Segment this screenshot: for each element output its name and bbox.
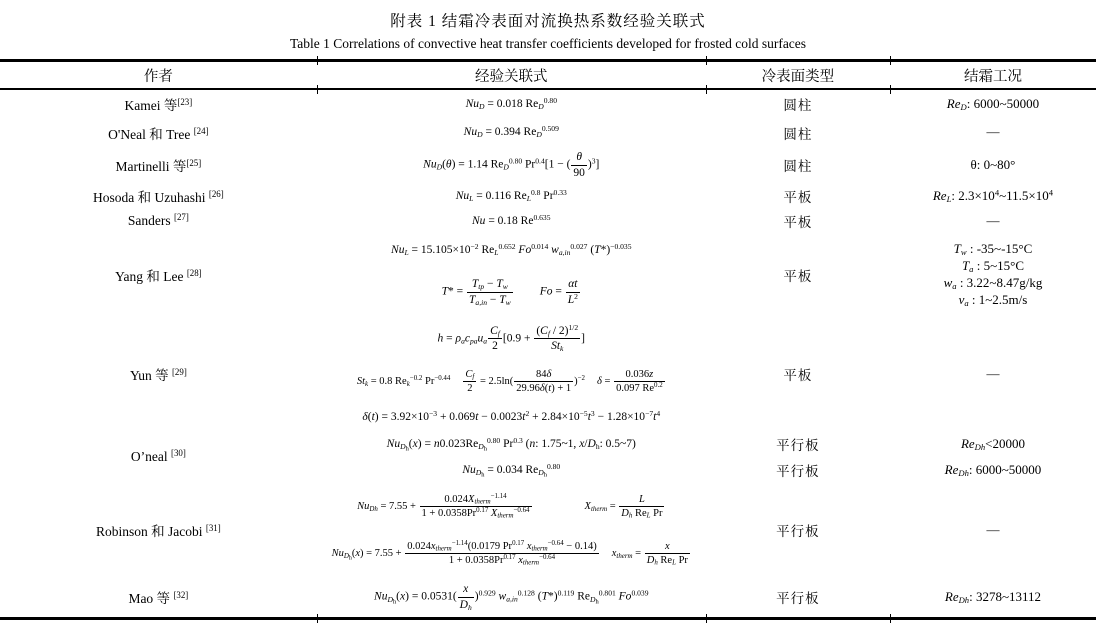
author-cell: Mao 等 [32] <box>0 577 317 617</box>
column-boundary-tick <box>890 614 891 623</box>
author-name: Sanders [27] <box>128 213 189 229</box>
table-title-cn: 附表 1 结霜冷表面对流换热系数经验关联式 <box>0 0 1096 31</box>
correlation-formula: Stk = 0.8 Rek−0.2 Pr−0.44Cf2 = 2.5ln(84δ… <box>357 368 666 395</box>
surface-type-cell: 平板 <box>706 233 890 317</box>
condition-group: — <box>986 213 999 230</box>
condition-value: ReL: 2.3×104~11.5×104 <box>933 188 1053 205</box>
correlation-formula: NuD = 0.018 ReD0.80 <box>466 97 557 111</box>
surface-type-cell: 圆柱 <box>706 118 890 147</box>
table-row: Hosoda 和 Uzuhashi [26]NuL = 0.116 ReL0.8… <box>0 183 1096 209</box>
surface-type-cell: 平行板平行板 <box>706 431 890 483</box>
condition-group: θ: 0~80° <box>971 157 1016 174</box>
table-row: Yun 等 [29]h = ρacpauaCf2[0.9 + (Cf / 2)1… <box>0 317 1096 431</box>
surface-type: 平板 <box>783 364 812 384</box>
author-name: O'Neal 和 Tree [24] <box>108 123 208 143</box>
column-boundary-tick <box>706 85 707 94</box>
condition-value: wa : 3.22~8.47g/kg <box>944 275 1043 292</box>
formula-cell: NuDh(x) = 0.0531(xDh)0.929 wa,in0.128 (T… <box>317 577 706 617</box>
column-boundary-tick <box>317 56 318 65</box>
correlation-formula: δ(t) = 3.92×10−3 + 0.069t − 0.0023t2 + 2… <box>362 410 660 424</box>
condition-value: ReDh: 3278~13112 <box>945 589 1041 606</box>
formula-cell: NuDh = 7.55 + 0.024Xtherm−1.141 + 0.0358… <box>317 483 706 577</box>
correlation-formula: T* = Ttp − TwTa,in − TwFo = αtL2 <box>442 277 581 307</box>
correlation-formula: NuL = 0.116 ReL0.8 Pr0.33 <box>456 189 567 203</box>
surface-type: 平行板 <box>776 434 820 454</box>
column-boundary-tick <box>706 56 707 65</box>
correlation-formula: NuDh(x) = n0.023ReDh0.80 Pr0.3 (n: 1.75~… <box>387 437 636 451</box>
condition-group: ReDh: 3278~13112 <box>945 589 1041 606</box>
surface-type: 平行板 <box>776 587 820 607</box>
document-page: 附表 1 结霜冷表面对流换热系数经验关联式 Table 1 Correlatio… <box>0 0 1096 626</box>
column-header-surface-type: 冷表面类型 <box>706 62 890 88</box>
formula-cell: NuD = 0.018 ReD0.80 <box>317 90 706 118</box>
frosting-condition-cell: ReL: 2.3×104~11.5×104 <box>890 183 1096 209</box>
correlation-formula: Nu = 0.18 Re0.635 <box>472 214 551 228</box>
correlation-formula: NuDh = 0.034 ReDh0.80 <box>462 463 560 477</box>
correlation-formula: h = ρacpauaCf2[0.9 + (Cf / 2)1/2Stk] <box>438 324 585 354</box>
formula-cell: NuDh(x) = n0.023ReDh0.80 Pr0.3 (n: 1.75~… <box>317 431 706 483</box>
author-cell: Hosoda 和 Uzuhashi [26] <box>0 183 317 209</box>
correlation-formula: NuL = 15.105×10−2 ReL0.652 Fo0.014 wa,in… <box>391 243 631 257</box>
header-bottom-rule <box>0 88 1096 90</box>
frosting-condition-cell: — <box>890 317 1096 431</box>
surface-type-cell: 平板 <box>706 209 890 233</box>
table-top-rule <box>0 59 1096 62</box>
condition-group: — <box>986 124 999 141</box>
formula-cell: h = ρacpauaCf2[0.9 + (Cf / 2)1/2Stk]Stk … <box>317 317 706 431</box>
surface-type-cell: 平板 <box>706 317 890 431</box>
author-name: Mao 等 [32] <box>128 587 188 607</box>
surface-type: 平板 <box>783 186 812 206</box>
author-name: Yang 和 Lee [28] <box>115 265 202 285</box>
frosting-condition-cell: ReD: 6000~50000 <box>890 90 1096 118</box>
surface-type: 圆柱 <box>783 94 812 114</box>
author-cell: O'Neal 和 Tree [24] <box>0 118 317 147</box>
condition-value: — <box>986 124 999 141</box>
author-name: O’neal [30] <box>131 449 186 465</box>
table-title-en: Table 1 Correlations of convective heat … <box>0 31 1096 59</box>
table-header-row: 作者 经验关联式 冷表面类型 结霜工况 <box>0 62 1096 88</box>
condition-group: ReD: 6000~50000 <box>947 96 1039 113</box>
author-cell: Yun 等 [29] <box>0 317 317 431</box>
frosting-condition-cell: — <box>890 209 1096 233</box>
table-row: O’neal [30]NuDh(x) = n0.023ReDh0.80 Pr0.… <box>0 431 1096 483</box>
surface-type-cell: 平行板 <box>706 577 890 617</box>
surface-type: 圆柱 <box>783 123 812 143</box>
author-cell: Kamei 等[23] <box>0 90 317 118</box>
frosting-condition-cell: ReDh: 3278~13112 <box>890 577 1096 617</box>
frosting-condition-cell: — <box>890 483 1096 577</box>
table-row: Kamei 等[23]NuD = 0.018 ReD0.80圆柱ReD: 600… <box>0 90 1096 118</box>
surface-type-cell: 平行板 <box>706 483 890 577</box>
frosting-condition-cell: θ: 0~80° <box>890 147 1096 183</box>
column-header-correlation: 经验关联式 <box>317 62 706 88</box>
condition-value: va : 1~2.5m/s <box>944 292 1043 309</box>
condition-value: ReD: 6000~50000 <box>947 96 1039 113</box>
author-cell: Martinelli 等[25] <box>0 147 317 183</box>
correlation-formula: NuD = 0.394 ReD0.509 <box>464 125 559 139</box>
condition-group: — <box>986 366 999 383</box>
table-row: Robinson 和 Jacobi [31]NuDh = 7.55 + 0.02… <box>0 483 1096 577</box>
condition-value: — <box>986 213 999 230</box>
surface-type-cell: 圆柱 <box>706 147 890 183</box>
frosting-condition-cell: ReDh<20000ReDh: 6000~50000 <box>890 431 1096 483</box>
surface-type-cell: 平板 <box>706 183 890 209</box>
author-name: Kamei 等[23] <box>125 94 193 114</box>
author-name: Yun 等 [29] <box>130 364 187 384</box>
surface-type: 平板 <box>783 265 812 285</box>
correlations-table: 作者 经验关联式 冷表面类型 结霜工况 Kamei 等[23]NuD = 0.0… <box>0 59 1096 620</box>
author-name: Robinson 和 Jacobi [31] <box>96 520 221 540</box>
formula-cell: NuL = 15.105×10−2 ReL0.652 Fo0.014 wa,in… <box>317 233 706 317</box>
column-header-author: 作者 <box>0 62 317 88</box>
formula-cell: NuD = 0.394 ReD0.509 <box>317 118 706 147</box>
correlation-formula: NuDh(x) = 0.0531(xDh)0.929 wa,in0.128 (T… <box>374 582 648 612</box>
condition-value: — <box>986 366 999 383</box>
table-body: Kamei 等[23]NuD = 0.018 ReD0.80圆柱ReD: 600… <box>0 90 1096 617</box>
surface-type: 圆柱 <box>783 155 812 175</box>
frosting-condition-cell: Tw : -35~-15°CTa : 5~15°Cwa : 3.22~8.47g… <box>890 233 1096 317</box>
formula-cell: Nu = 0.18 Re0.635 <box>317 209 706 233</box>
condition-value: Tw : -35~-15°C <box>944 241 1043 258</box>
surface-type: 平行板 <box>776 520 820 540</box>
author-cell: Sanders [27] <box>0 209 317 233</box>
condition-group: — <box>986 522 999 539</box>
column-boundary-tick <box>317 614 318 623</box>
condition-value: — <box>986 522 999 539</box>
surface-type: 平行板 <box>776 460 820 480</box>
author-cell: Yang 和 Lee [28] <box>0 233 317 317</box>
frosting-condition-cell: — <box>890 118 1096 147</box>
formula-cell: NuD(θ) = 1.14 ReD0.80 Pr0.4[1 − (θ90)3] <box>317 147 706 183</box>
surface-type-cell: 圆柱 <box>706 90 890 118</box>
formula-cell: NuL = 0.116 ReL0.8 Pr0.33 <box>317 183 706 209</box>
column-boundary-tick <box>706 614 707 623</box>
table-row: Mao 等 [32]NuDh(x) = 0.0531(xDh)0.929 wa,… <box>0 577 1096 617</box>
correlation-formula: NuD(θ) = 1.14 ReD0.80 Pr0.4[1 − (θ90)3] <box>423 150 599 180</box>
author-cell: Robinson 和 Jacobi [31] <box>0 483 317 577</box>
condition-value: θ: 0~80° <box>971 157 1016 174</box>
condition-value: ReDh<20000 <box>961 436 1025 453</box>
surface-type: 平板 <box>783 211 812 231</box>
condition-value: Ta : 5~15°C <box>944 258 1043 275</box>
column-boundary-tick <box>890 56 891 65</box>
table-row: Martinelli 等[25]NuD(θ) = 1.14 ReD0.80 Pr… <box>0 147 1096 183</box>
column-header-frosting-condition: 结霜工况 <box>890 62 1096 88</box>
author-name: Martinelli 等[25] <box>116 155 202 175</box>
author-cell: O’neal [30] <box>0 431 317 483</box>
column-boundary-tick <box>317 85 318 94</box>
table-row: Sanders [27]Nu = 0.18 Re0.635平板— <box>0 209 1096 233</box>
table-row: Yang 和 Lee [28]NuL = 15.105×10−2 ReL0.65… <box>0 233 1096 317</box>
table-bottom-rule <box>0 617 1096 620</box>
condition-group: Tw : -35~-15°CTa : 5~15°Cwa : 3.22~8.47g… <box>944 241 1043 309</box>
column-boundary-tick <box>890 85 891 94</box>
correlation-formula: NuDh(x) = 7.55 + 0.024xtherm−1.14(0.0179… <box>332 540 691 567</box>
table-row: O'Neal 和 Tree [24]NuD = 0.394 ReD0.509圆柱… <box>0 118 1096 147</box>
correlation-formula: NuDh = 7.55 + 0.024Xtherm−1.141 + 0.0358… <box>357 493 665 520</box>
condition-group: ReL: 2.3×104~11.5×104 <box>933 188 1053 205</box>
condition-value: ReDh: 6000~50000 <box>945 462 1042 479</box>
author-name: Hosoda 和 Uzuhashi [26] <box>93 186 224 206</box>
